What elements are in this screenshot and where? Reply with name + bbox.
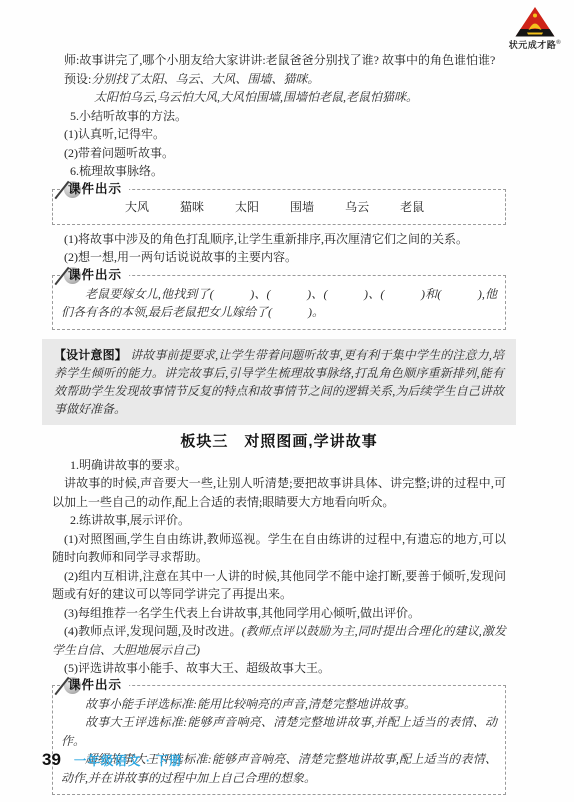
courseware-label: 课件出示 — [68, 266, 122, 285]
role-word: 太阳 — [235, 198, 259, 217]
paragraph-preset: 预设:分别找了太阳、乌云、大风、围墙、猫咪。 — [52, 70, 506, 89]
step2-title: 2.练讲故事,展示评价。 — [52, 511, 506, 530]
step6-item2: (2)想一想,用一两句话说说故事的主要内容。 — [52, 248, 506, 267]
section-heading: 板块三 对照图画,学讲故事 — [52, 432, 506, 452]
design-intent-block: 【设计意图】 讲故事前提要求,让学生带着问题听故事,更有利于集中学生的注意力,培… — [42, 339, 516, 425]
book-page: 状元成才路® 师:故事讲完了,哪个小朋友给大家讲讲:老鼠爸爸分别找了谁? 故事中… — [0, 0, 574, 802]
step2-item1: (1)对照图画,学生自由练讲,教师巡视。学生在自由练讲的过程中,有遗忘的地方,可… — [52, 530, 506, 567]
role-word: 大风 — [125, 198, 149, 217]
step5-item2: (2)带着问题听故事。 — [52, 144, 506, 163]
step5-item1: (1)认真听,记得牢。 — [52, 125, 506, 144]
book-title: 一年级语文 · 下册 — [74, 751, 183, 769]
step2-item3: (3)每组推荐一名学生代表上台讲故事,其他同学用心倾听,做出评价。 — [52, 604, 506, 623]
page-footer: 39 一年级语文 · 下册 — [42, 750, 183, 770]
step2-item4-main: (4)教师点评,发现问题,及时改进。 — [64, 624, 242, 638]
role-word: 乌云 — [345, 198, 369, 217]
brand-name: 状元成才路® — [504, 38, 566, 51]
paragraph-teacher-line: 师:故事讲完了,哪个小朋友给大家讲讲:老鼠爸爸分别找了谁? 故事中的角色谁怕谁? — [52, 51, 506, 70]
step1-title: 1.明确讲故事的要求。 — [52, 456, 506, 475]
paragraph-fear-chain: 太阳怕乌云,乌云怕大风,大风怕围墙,围墙怕老鼠,老鼠怕猫咪。 — [52, 88, 506, 107]
step2-item2: (2)组内互相讲,注意在其中一人讲的时候,其他同学不能中途打断,要善于倾听,发现… — [52, 567, 506, 604]
page-number: 39 — [42, 750, 61, 770]
courseware-label: 课件出示 — [68, 676, 122, 695]
preset-prefix: 预设: — [64, 72, 91, 86]
logo-triangle-icon — [515, 6, 555, 38]
courseware-tag: 课件出示 — [61, 180, 129, 200]
role-words-row: 大风 猫咪 太阳 围墙 乌云 老鼠 — [61, 198, 497, 217]
courseware-box-roles: 课件出示 大风 猫咪 太阳 围墙 乌云 老鼠 — [52, 189, 506, 225]
publisher-logo: 状元成才路® — [504, 6, 566, 51]
page-content: 师:故事讲完了,哪个小朋友给大家讲讲:老鼠爸爸分别找了谁? 故事中的角色谁怕谁?… — [52, 51, 506, 795]
courseware-box-blanks: 课件出示 老鼠要嫁女儿,他找到了( )、( )、( )、( )和( ),他们各有… — [52, 275, 506, 330]
role-word: 老鼠 — [400, 198, 424, 217]
step6-title: 6.梳理故事脉络。 — [52, 162, 506, 181]
criteria-line: 故事小能手评选标准:能用比较响亮的声音,清楚完整地讲故事。 — [61, 695, 497, 714]
role-word: 猫咪 — [180, 198, 204, 217]
step5-title: 5.小结听故事的方法。 — [52, 107, 506, 126]
brand-text: 状元成才路 — [509, 40, 557, 50]
preset-text: 分别找了太阳、乌云、大风、围墙、猫咪。 — [91, 72, 319, 86]
blanks-sentence: 老鼠要嫁女儿,他找到了( )、( )、( )、( )和( ),他们各有各的本领,… — [61, 285, 497, 322]
design-intent-label: 【设计意图】 — [54, 348, 127, 362]
courseware-tag: 课件出示 — [61, 676, 129, 696]
step1-text: 讲故事的时候,声音要大一些,让别人听清楚;要把故事讲具体、讲完整;讲的过程中,可… — [52, 474, 506, 511]
registered-mark: ® — [556, 40, 561, 46]
role-word: 围墙 — [290, 198, 314, 217]
courseware-label: 课件出示 — [68, 180, 122, 199]
courseware-tag: 课件出示 — [61, 266, 129, 286]
criteria-line: 故事大王评选标准:能够声音响亮、清楚完整地讲故事,并配上适当的表情、动作。 — [61, 713, 497, 750]
step2-item4: (4)教师点评,发现问题,及时改进。(教师点评以鼓励为主,同时提出合理化的建议,… — [52, 622, 506, 659]
courseware-box-criteria: 课件出示 故事小能手评选标准:能用比较响亮的声音,清楚完整地讲故事。 故事大王评… — [52, 685, 506, 796]
step6-item1: (1)将故事中涉及的角色打乱顺序,让学生重新排序,再次厘清它们之间的关系。 — [52, 230, 506, 249]
